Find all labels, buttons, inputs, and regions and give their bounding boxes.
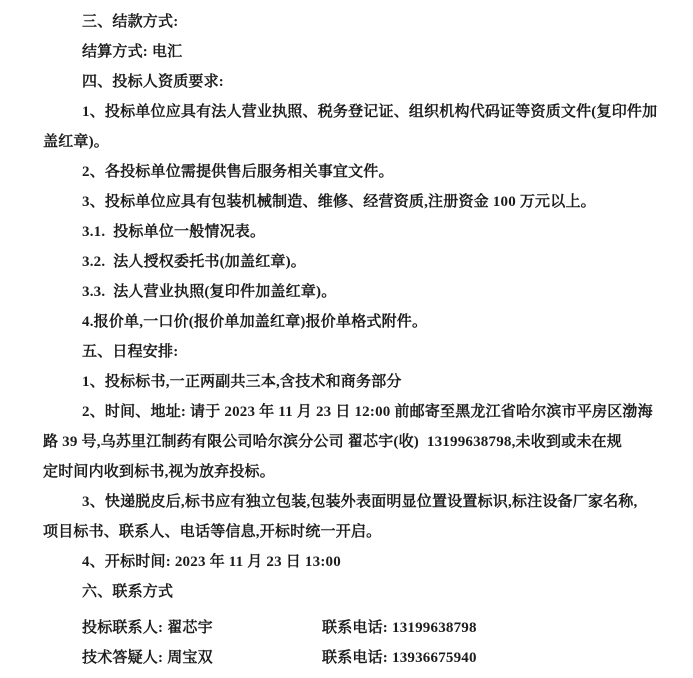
text-line: 2、各投标单位需提供售后服务相关事宜文件。 xyxy=(43,157,665,187)
contact-phone-label: 联系电话: xyxy=(322,650,388,666)
text-line: 3.1. 投标单位一般情况表。 xyxy=(43,217,665,247)
text-line: 3.2. 法人授权委托书(加盖红章)。 xyxy=(43,247,665,277)
text-line: 2、时间、地址: 请于 2023 年 11 月 23 日 12:00 前邮寄至黑… xyxy=(43,397,665,427)
contact-name: 翟芯宇 xyxy=(167,620,213,636)
contact-left-cell: 技术答疑人:周宝双 xyxy=(82,643,213,673)
contact-role-label: 技术答疑人: xyxy=(82,650,163,666)
contact-phone-number: 13199638798 xyxy=(392,620,477,636)
contact-left-cell: 投标联系人:翟芯宇 xyxy=(82,613,213,643)
text-line: 五、日程安排: xyxy=(43,337,665,367)
contact-phone-number: 13936675940 xyxy=(392,650,477,666)
text-line: 路 39 号,乌苏里江制药有限公司哈尔滨分公司 翟芯宇(收) 131996387… xyxy=(43,427,665,457)
text-line: 4、开标时间: 2023 年 11 月 23 日 13:00 xyxy=(43,547,665,577)
contact-right-cell: 联系电话:13199638798 xyxy=(322,613,477,643)
contact-phone-label: 联系电话: xyxy=(322,620,388,636)
text-line: 六、联系方式 xyxy=(43,577,665,607)
contact-name: 周宝双 xyxy=(167,650,213,666)
text-line: 四、投标人资质要求: xyxy=(43,67,665,97)
text-line: 三、结款方式: xyxy=(43,7,665,37)
text-line: 3、投标单位应具有包装机械制造、维修、经营资质,注册资金 100 万元以上。 xyxy=(43,187,665,217)
text-line: 项目标书、联系人、电话等信息,开标时统一开启。 xyxy=(43,517,665,547)
text-line: 3、快递脱皮后,标书应有独立包装,包装外表面明显位置设置标识,标注设备厂家名称, xyxy=(43,487,665,517)
contact-role-label: 投标联系人: xyxy=(82,620,163,636)
text-line: 结算方式: 电汇 xyxy=(43,37,665,67)
contact-section: 投标联系人:翟芯宇 联系电话:13199638798 技术答疑人:周宝双 联系电… xyxy=(43,613,665,673)
text-line: 3.3. 法人营业执照(复印件加盖红章)。 xyxy=(43,277,665,307)
text-line: 定时间内收到标书,视为放弃投标。 xyxy=(43,457,665,487)
document-page: 三、结款方式:结算方式: 电汇四、投标人资质要求:1、投标单位应具有法人营业执照… xyxy=(0,0,693,678)
contact-row: 技术答疑人:周宝双 联系电话:13936675940 xyxy=(43,643,665,673)
text-line: 1、投标单位应具有法人营业执照、税务登记证、组织机构代码证等资质文件(复印件加 xyxy=(43,97,665,127)
text-line: 盖红章)。 xyxy=(43,127,665,157)
contact-right-cell: 联系电话:13936675940 xyxy=(322,643,477,673)
text-line: 4.报价单,一口价(报价单加盖红章)报价单格式附件。 xyxy=(43,307,665,337)
document-body: 三、结款方式:结算方式: 电汇四、投标人资质要求:1、投标单位应具有法人营业执照… xyxy=(43,7,665,607)
text-line: 1、投标标书,一正两副共三本,含技术和商务部分 xyxy=(43,367,665,397)
contact-row: 投标联系人:翟芯宇 联系电话:13199638798 xyxy=(43,613,665,643)
